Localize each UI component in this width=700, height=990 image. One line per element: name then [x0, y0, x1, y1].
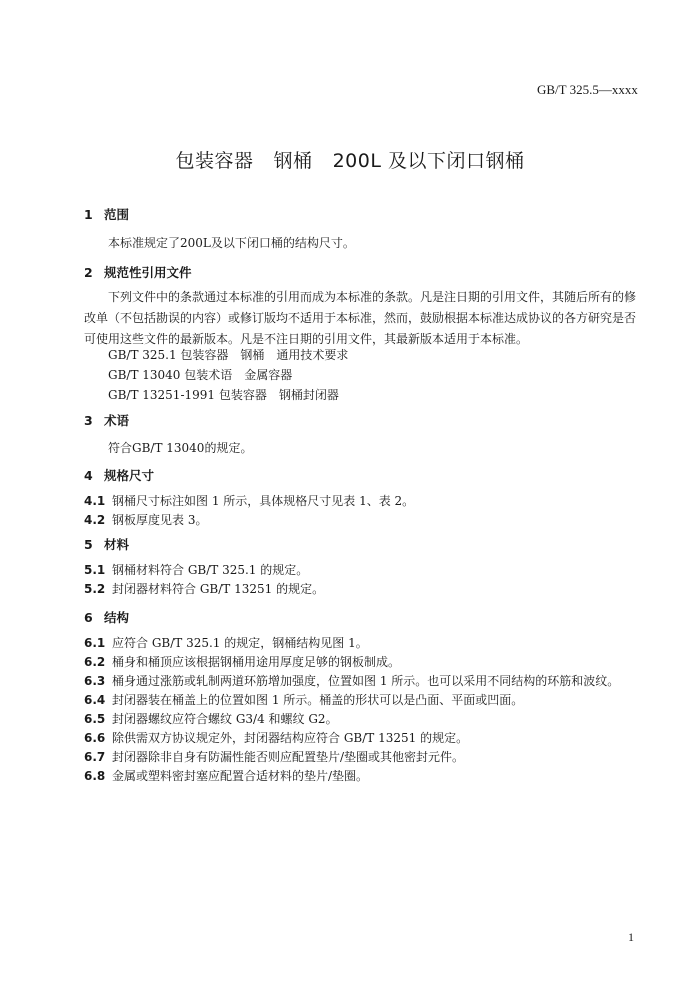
section-1-body: 本标准规定了200L及以下闭口桶的结构尺寸。: [108, 234, 355, 251]
clause-6-6: 6.6除供需双方协议规定外，封闭器结构应符合 GB/T 13251 的规定。: [84, 729, 468, 746]
clause-6-7: 6.7封闭器除非自身有防漏性能否则应配置垫片/垫圈或其他密封元件。: [84, 748, 464, 765]
title-part-1: 包装容器: [176, 146, 254, 173]
section-heading-3: 3术语: [84, 411, 129, 429]
document-title: 包装容器钢桶200L 及以下闭口钢桶: [0, 146, 700, 173]
reference-item: GB/T 325.1 包装容器 钢桶 通用技术要求: [108, 346, 348, 363]
clause-6-5: 6.5封闭器螺纹应符合螺纹 G3/4 和螺纹 G2。: [84, 710, 338, 727]
section-2-body: 下列文件中的条款通过本标准的引用而成为本标准的条款。凡是注日期的引用文件，其随后…: [84, 287, 636, 350]
title-part-2: 钢桶: [274, 146, 313, 173]
clause-6-3: 6.3桶身通过涨筋或轧制两道环筋增加强度，位置如图 1 所示。也可以采用不同结构…: [84, 672, 619, 689]
clause-6-2: 6.2桶身和桶顶应该根据钢桶用途用厚度足够的钢板制成。: [84, 653, 400, 670]
clause-6-1: 6.1应符合 GB/T 325.1 的规定，钢桶结构见图 1。: [84, 634, 368, 651]
page-number: 1: [628, 930, 634, 945]
clause-5-1: 5.1钢桶材料符合 GB/T 325.1 的规定。: [84, 561, 308, 578]
reference-item: GB/T 13251-1991 包装容器 钢桶封闭器: [108, 386, 339, 403]
clause-6-4: 6.4封闭器装在桶盖上的位置如图 1 所示。桶盖的形状可以是凸面、平面或凹面。: [84, 691, 523, 708]
section-heading-1: 1范围: [84, 205, 129, 223]
reference-item: GB/T 13040 包装术语 金属容器: [108, 366, 292, 383]
section-heading-4: 4规格尺寸: [84, 466, 154, 484]
section-heading-6: 6结构: [84, 608, 129, 626]
clause-6-8: 6.8金属或塑料密封塞应配置合适材料的垫片/垫圈。: [84, 767, 368, 784]
section-3-body: 符合GB/T 13040的规定。: [108, 439, 252, 456]
standard-code: GB/T 325.5—xxxx: [537, 82, 638, 98]
section-heading-2: 2规范性引用文件: [84, 263, 192, 281]
clause-4-2: 4.2钢板厚度见表 3。: [84, 511, 207, 528]
clause-4-1: 4.1钢桶尺寸标注如图 1 所示，具体规格尺寸见表 1、表 2。: [84, 492, 414, 509]
section-heading-5: 5材料: [84, 535, 129, 553]
clause-5-2: 5.2封闭器材料符合 GB/T 13251 的规定。: [84, 580, 324, 597]
title-part-3: 200L 及以下闭口钢桶: [333, 146, 525, 173]
